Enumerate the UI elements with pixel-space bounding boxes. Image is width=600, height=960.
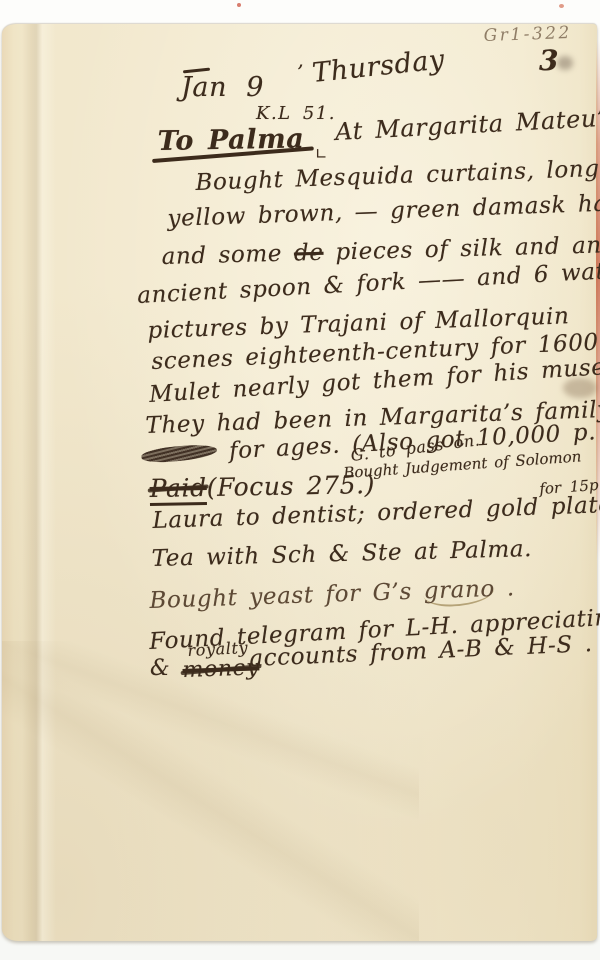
paper-creases [2, 641, 419, 941]
red-speck [559, 4, 564, 8]
insertion-mark: ∟ [315, 145, 328, 163]
scanned-diary-photo: Gr1-322 3 Jan 9 ’ Thursday K.L 51. To Pa… [0, 0, 600, 960]
place-heading: To Palma [157, 123, 304, 157]
red-speck [237, 3, 241, 7]
line-text: . [494, 575, 515, 602]
ink-smudge [563, 378, 597, 398]
page-number: 3 [539, 44, 559, 77]
annotation-kl: K.L 51. [256, 103, 336, 124]
struck-word: money [182, 655, 260, 683]
diary-line-ampersand: & [150, 656, 170, 681]
line-text: and some [161, 241, 294, 270]
date-tick: ’ [297, 60, 304, 84]
diary-line: money [182, 655, 260, 683]
struck-word: Paid [149, 473, 207, 506]
catalog-mark: Gr1-322 [483, 23, 572, 46]
ink-smudge [557, 56, 573, 70]
struck-word: de [294, 240, 324, 267]
scribbled-out-word [141, 442, 218, 465]
date-text: Jan 9 [181, 72, 264, 103]
